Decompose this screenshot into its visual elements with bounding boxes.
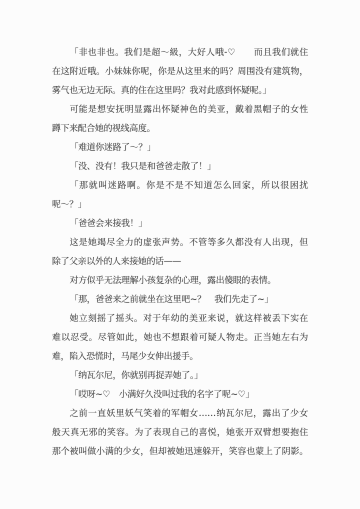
paragraph-narration: 可能是想安抚明显露出怀疑神色的美亚，戴着黑帽子的女性蹲下来配合她的视线高度。 [52,101,308,139]
text-line: 「难道你迷路了～？」 [52,139,308,158]
paragraph-narration: 她立刻摇了摇头。对于年幼的美亚来说，就这样被丢下实在难以忍受。尽管如此，她也不想… [52,310,308,367]
page-text: 「非也非也。我们是超～級，大好人哦-♡ 而且我们就住在这附近哦。小妹妹你呢，你是… [52,44,308,462]
text-line: 雾气也无边无际。真的住在这里吗？我对此感到怀疑呢。」 [52,82,308,101]
text-line: 「爸爸会来接我！」 [52,215,308,234]
text-line: 「那就叫迷路啊。你是不是不知道怎么回家，所以很困扰 [52,177,308,196]
text-line: 「没、没有！我只是和爸爸走散了！」 [52,158,308,177]
novel-page: 「非也非也。我们是超～級，大好人哦-♡ 而且我们就住在这附近哦。小妹妹你呢，你是… [0,0,360,509]
text-line: 她立刻摇了摇头。对于年幼的美亚来说，就这样被丢下实在 [52,310,308,329]
paragraph-dialogue: 「爸爸会来接我！」 [52,215,308,234]
text-line: 除了父亲以外的人来接她的话—— [52,253,308,272]
paragraph-narration: 之前一直妖里妖气笑着的军帽女……纳瓦尔尼，露出了少女般天真无邪的笑容。为了表现自… [52,405,308,462]
text-line: 「纳瓦尔尼，你就别再捉弄她了。」 [52,367,308,386]
text-line: 对方似乎无法理解小孩复杂的心理，露出傻眼的表情。 [52,272,308,291]
paragraph-dialogue: 「非也非也。我们是超～級，大好人哦-♡ 而且我们就住在这附近哦。小妹妹你呢，你是… [52,44,308,101]
text-line: 蹲下来配合她的视线高度。 [52,120,308,139]
text-line: 这是她竭尽全力的虚张声势。不管等多久都没有人出现，但 [52,234,308,253]
text-line: 「那，爸爸来之前就坐在这里吧~？ 我们先走了~」 [52,291,308,310]
paragraph-dialogue: 「没、没有！我只是和爸爸走散了！」 [52,158,308,177]
paragraph-narration: 这是她竭尽全力的虚张声势。不管等多久都没有人出现，但除了父亲以外的人来接她的话—… [52,234,308,272]
paragraph-dialogue: 「难道你迷路了～？」 [52,139,308,158]
text-line: 在这附近哦。小妹妹你呢，你是从这里来的吗？周围没有建筑物， [52,63,308,82]
text-line: 「哎呀~♡ 小满好久没叫过我的名字了呢~♡」 [52,386,308,405]
text-line: 难，陷入恐慌时，马尾少女伸出援手。 [52,348,308,367]
paragraph-dialogue: 「纳瓦尔尼，你就别再捉弄她了。」 [52,367,308,386]
paragraph-dialogue: 「那，爸爸来之前就坐在这里吧~？ 我们先走了~」 [52,291,308,310]
text-line: 那个被叫做小满的少女，但却被她迅速躲开，笑容也蒙上了阴影。 [52,443,308,462]
text-line: 呢～？」 [52,196,308,215]
text-line: 之前一直妖里妖气笑着的军帽女……纳瓦尔尼，露出了少女 [52,405,308,424]
text-line: 可能是想安抚明显露出怀疑神色的美亚，戴着黑帽子的女性 [52,101,308,120]
text-line: 难以忍受。尽管如此，她也不想跟着可疑人物走。正当她左右为 [52,329,308,348]
paragraph-narration: 对方似乎无法理解小孩复杂的心理，露出傻眼的表情。 [52,272,308,291]
paragraph-dialogue: 「哎呀~♡ 小满好久没叫过我的名字了呢~♡」 [52,386,308,405]
paragraph-dialogue: 「那就叫迷路啊。你是不是不知道怎么回家，所以很困扰呢～？」 [52,177,308,215]
text-line: 「非也非也。我们是超～級，大好人哦-♡ 而且我们就住 [52,44,308,63]
text-line: 般天真无邪的笑容。为了表现自己的喜悦，她张开双臂想要抱住 [52,424,308,443]
